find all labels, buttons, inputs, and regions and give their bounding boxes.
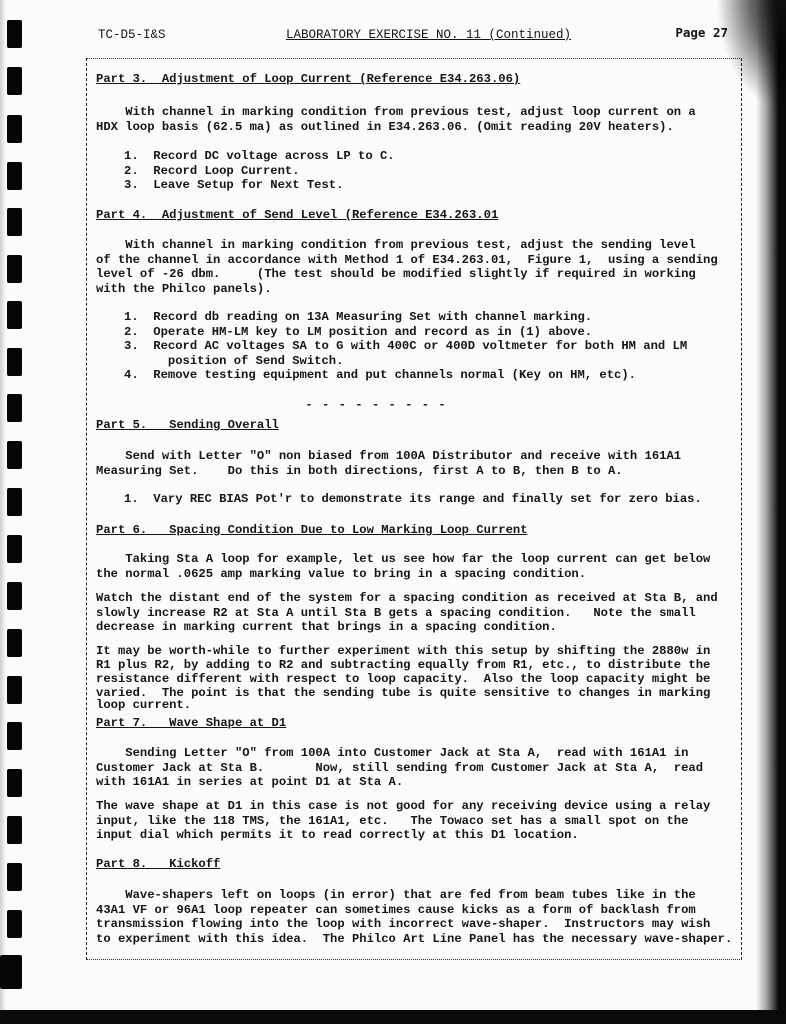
text-line: transmission flowing into the loop with … <box>96 917 732 932</box>
text-line: R1 plus R2, by adding to R2 and subtract… <box>96 658 710 672</box>
binder-hole <box>7 162 22 190</box>
list-item: 3. Record AC voltages SA to G with 400C … <box>96 339 687 354</box>
binder-hole <box>7 255 22 283</box>
part-7-section: Part 7. Wave Shape at D1 <box>96 716 286 731</box>
text-line: 43A1 VF or 96A1 loop repeater can someti… <box>96 903 732 918</box>
list-item: 1. Record db reading on 13A Measuring Se… <box>96 310 687 325</box>
part-3-section: Part 3. Adjustment of Loop Current (Refe… <box>96 72 520 87</box>
text-line: decrease in marking current that brings … <box>96 620 718 635</box>
list-item: 1. Record DC voltage across LP to C. <box>96 149 395 164</box>
list-item: 1. Vary REC BIAS Pot'r to demonstrate it… <box>96 492 702 507</box>
part-6-section: Part 6. Spacing Condition Due to Low Mar… <box>96 523 528 538</box>
binder-hole <box>7 115 22 143</box>
scan-left-shadow <box>0 0 6 1024</box>
binder-hole <box>7 67 22 95</box>
part-8-para-1: Wave-shapers left on loops (in error) th… <box>96 888 732 946</box>
text-line: input, like the 118 TMS, the 161A1, etc.… <box>96 814 710 829</box>
part-6-para-1: Taking Sta A loop for example, let us se… <box>96 552 710 581</box>
part-6-para-3: It may be worth-while to further experim… <box>96 644 710 710</box>
text-line: With channel in marking condition from p… <box>96 105 696 120</box>
binder-hole <box>7 582 22 610</box>
document-code: TC-D5-I&S <box>98 28 166 42</box>
binder-hole <box>7 676 22 704</box>
part-7-heading: Part 7. Wave Shape at D1 <box>96 716 286 731</box>
text-line: Wave-shapers left on loops (in error) th… <box>96 888 732 903</box>
list-item: position of Send Switch. <box>96 354 687 369</box>
text-line: HDX loop basis (62.5 ma) as outlined in … <box>96 120 696 135</box>
binder-hole <box>7 910 22 938</box>
list-item: 2. Operate HM-LM key to LM position and … <box>96 325 687 340</box>
binder-hole <box>7 488 22 516</box>
text-line: Measuring Set. Do this in both direction… <box>96 464 681 479</box>
part-4-intro: With channel in marking condition from p… <box>96 238 718 296</box>
part-6-heading: Part 6. Spacing Condition Due to Low Mar… <box>96 523 528 538</box>
scan-right-edge <box>756 0 786 1024</box>
part-3-intro: With channel in marking condition from p… <box>96 105 696 134</box>
binder-hole <box>7 208 22 236</box>
text-line: the normal .0625 amp marking value to br… <box>96 567 710 582</box>
binder-hole <box>7 301 22 329</box>
part-8-section: Part 8. Kickoff <box>96 857 220 872</box>
part-4-steps: 1. Record db reading on 13A Measuring Se… <box>96 310 687 383</box>
text-line: It may be worth-while to further experim… <box>96 644 710 658</box>
binder-hole <box>7 394 22 422</box>
part-5-intro: Send with Letter "O" non biased from 100… <box>96 449 681 478</box>
binder-hole <box>0 955 22 989</box>
part-4-heading: Part 4. Adjustment of Send Level (Refere… <box>96 208 498 223</box>
text-line: The wave shape at D1 in this case is not… <box>96 799 710 814</box>
text-line: with 161A1 in series at point D1 at Sta … <box>96 775 703 790</box>
text-line: of the channel in accordance with Method… <box>96 253 718 268</box>
page-title: LABORATORY EXERCISE NO. 11 (Continued) <box>286 28 571 42</box>
binder-hole <box>7 629 22 657</box>
text-line: input dial which permits it to read corr… <box>96 828 710 843</box>
binder-hole <box>7 722 22 750</box>
scan-corner-shadow <box>716 0 786 110</box>
text-line: with the Philco panels). <box>96 282 718 297</box>
page-header: TC-D5-I&S LABORATORY EXERCISE NO. 11 (Co… <box>98 28 728 48</box>
binder-hole <box>7 769 22 797</box>
text-line: Sending Letter "O" from 100A into Custom… <box>96 746 703 761</box>
scan-bottom-edge <box>0 1010 786 1024</box>
text-line: With channel in marking condition from p… <box>96 238 718 253</box>
part-5-section: Part 5. Sending Overall <box>96 418 279 433</box>
text-line: slowly increase R2 at Sta A until Sta B … <box>96 606 718 621</box>
text-line: Customer Jack at Sta B. Now, still sendi… <box>96 761 703 776</box>
binder-hole <box>7 535 22 563</box>
text-line: Watch the distant end of the system for … <box>96 591 718 606</box>
part-4-section: Part 4. Adjustment of Send Level (Refere… <box>96 208 498 223</box>
part-7-para-2: The wave shape at D1 in this case is not… <box>96 799 710 843</box>
part-8-heading: Part 8. Kickoff <box>96 857 220 872</box>
part-7-para-1: Sending Letter "O" from 100A into Custom… <box>96 746 703 790</box>
part-6-para-2: Watch the distant end of the system for … <box>96 591 718 635</box>
text-line: Taking Sta A loop for example, let us se… <box>96 552 710 567</box>
part-5-steps: 1. Vary REC BIAS Pot'r to demonstrate it… <box>96 492 702 507</box>
list-item: 4. Remove testing equipment and put chan… <box>96 368 687 383</box>
list-item: 2. Record Loop Current. <box>96 164 395 179</box>
part-3-steps: 1. Record DC voltage across LP to C. 2. … <box>96 149 395 193</box>
text-line: resistance different with respect to loo… <box>96 672 710 686</box>
section-divider: - - - - - - - - - <box>96 398 656 413</box>
binder-hole <box>7 20 22 48</box>
part-3-heading: Part 3. Adjustment of Loop Current (Refe… <box>96 72 520 87</box>
list-item: 3. Leave Setup for Next Test. <box>96 178 395 193</box>
text-line: level of -26 dbm. (The test should be mo… <box>96 267 718 282</box>
text-line: loop current. <box>96 700 710 710</box>
binder-hole <box>7 816 22 844</box>
binder-hole <box>7 441 22 469</box>
binder-hole <box>7 863 22 891</box>
text-line: to experiment with this idea. The Philco… <box>96 932 732 947</box>
binder-hole <box>7 348 22 376</box>
text-line: Send with Letter "O" non biased from 100… <box>96 449 681 464</box>
part-5-heading: Part 5. Sending Overall <box>96 418 279 433</box>
